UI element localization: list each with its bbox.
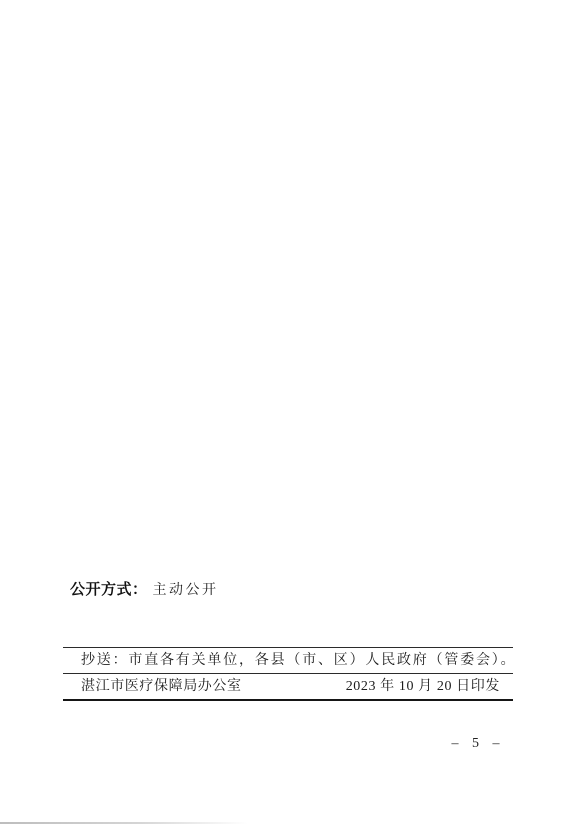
- scan-edge-artifact: [0, 822, 248, 824]
- print-date: 2023 年 10 月 20 日印发: [346, 674, 500, 699]
- publicity-value: 主动公开: [153, 583, 219, 598]
- cc-label: 抄送：: [81, 653, 128, 668]
- publicity-label: 公开方式：: [70, 581, 148, 598]
- document-page: 公开方式：主动公开 抄送：市直各有关单位，各县（市、区）人民政府（管委会）。 湛…: [0, 0, 579, 828]
- cc-value: 市直各有关单位，各县（市、区）人民政府（管委会）。: [128, 653, 516, 668]
- publicity-row: 公开方式：主动公开: [70, 581, 219, 599]
- colophon-table: 抄送：市直各有关单位，各县（市、区）人民政府（管委会）。 湛江市医疗保障局办公室…: [63, 647, 513, 701]
- issue-row: 湛江市医疗保障局办公室 2023 年 10 月 20 日印发: [63, 674, 513, 699]
- page-number: – 5 –: [448, 736, 508, 752]
- issuer-name: 湛江市医疗保障局办公室: [81, 674, 242, 699]
- cc-row: 抄送：市直各有关单位，各县（市、区）人民政府（管委会）。: [63, 648, 513, 674]
